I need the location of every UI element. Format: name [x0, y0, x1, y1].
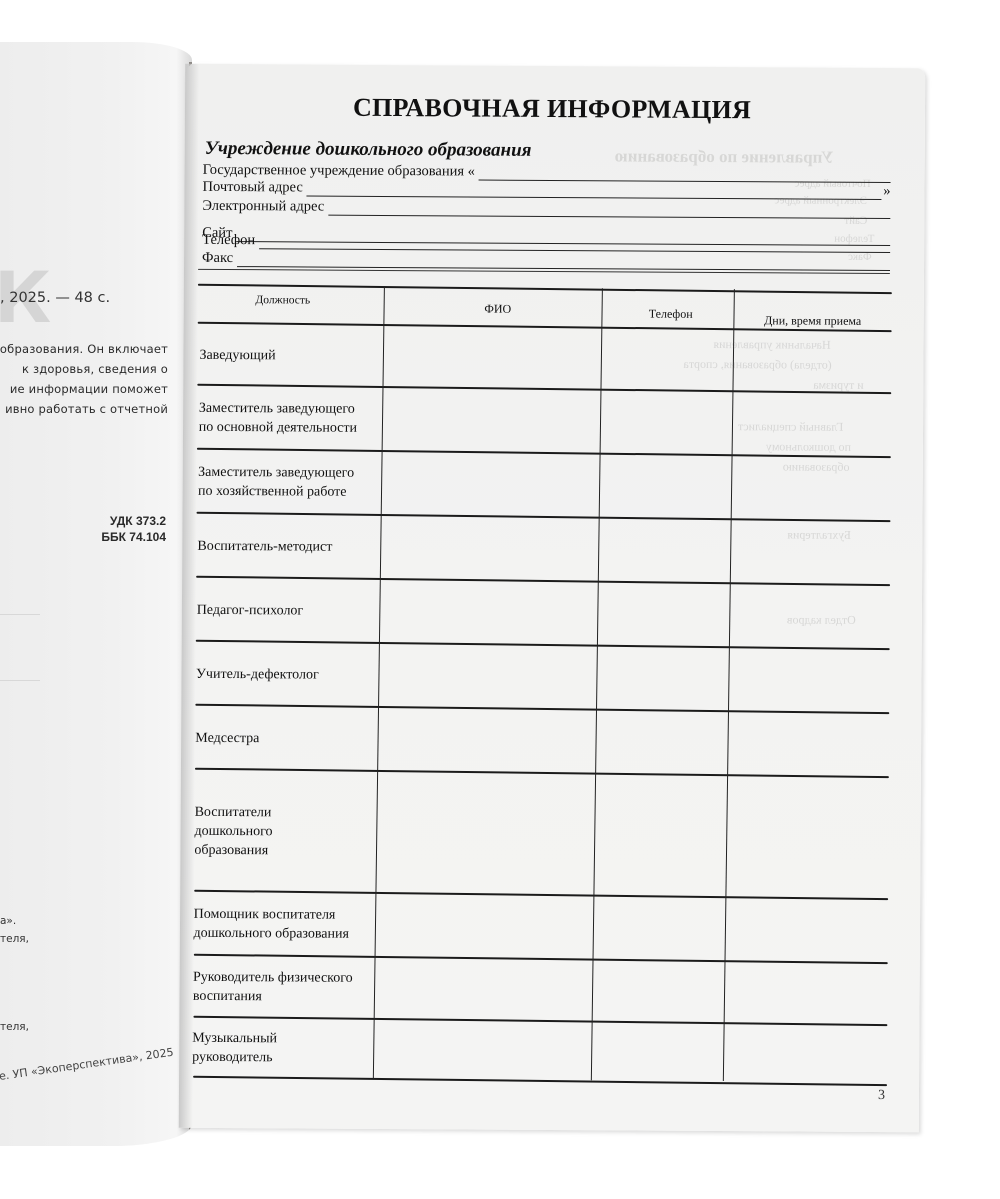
bbk-code: ББК 74.104 [101, 530, 166, 544]
table-row: Заместитель заведующегопо хозяйственной … [197, 450, 891, 518]
annotation-line: образования. Он включает [0, 342, 168, 356]
phone-cell[interactable] [600, 896, 728, 957]
position-label-line: Заместитель заведующего [199, 399, 379, 419]
table-row: Педагог-психолог [196, 578, 890, 646]
table-row: Медсестра [195, 706, 889, 774]
institution-name-label: Государственное учреждение образования « [203, 162, 475, 181]
table-body: ЗаведующийЗаместитель заведующегопо осно… [198, 286, 892, 290]
reception-cell[interactable] [731, 1023, 885, 1080]
phone-cell[interactable] [603, 328, 731, 387]
column-header-phone: Телефон [616, 306, 726, 322]
email-label: Электронный адрес [202, 198, 324, 216]
annotation-line: к здоровья, сведения о [22, 362, 168, 376]
fio-cell[interactable] [385, 389, 599, 450]
position-label-line: руководитель [192, 1048, 372, 1068]
imprint-line: теля, [0, 1021, 29, 1033]
position-label-line: Заместитель заведующего [198, 463, 378, 483]
position-label-line: воспитания [193, 987, 373, 1007]
closing-quote: » [883, 183, 890, 200]
reception-cell[interactable] [735, 329, 889, 388]
fax-label: Факс [202, 250, 233, 267]
position-cell: Медсестра [195, 728, 375, 748]
postal-address-input-line[interactable] [307, 183, 882, 200]
position-label-line: Медсестра [195, 728, 375, 748]
position-label-line: Помощник воспитателя [194, 905, 374, 925]
fio-cell[interactable] [385, 327, 599, 386]
position-cell: Педагог-психолог [197, 600, 377, 620]
ghost-line [0, 680, 40, 681]
table-row: Заведующий [197, 324, 891, 390]
publication-year-pages: , 2025. — 48 с. [0, 290, 110, 306]
position-label-line: Руководитель физического [193, 968, 373, 988]
fio-cell[interactable] [382, 773, 597, 892]
fio-cell[interactable] [383, 709, 597, 770]
position-label-line: Музыкальный [192, 1029, 372, 1049]
reception-cell[interactable] [734, 583, 888, 644]
position-cell: Учитель-дефектолог [196, 664, 376, 684]
table-row: Воспитатель-методист [196, 514, 890, 582]
position-label-line: дошкольного [194, 821, 374, 841]
phone-cell[interactable] [600, 774, 729, 893]
reception-cell[interactable] [732, 775, 887, 894]
position-cell: Заведующий [199, 345, 379, 365]
table-row: Заместитель заведующегопо основной деяте… [197, 386, 891, 454]
workbook-page: Управление по образованию Почтовый адрес… [179, 64, 925, 1133]
phone-cell[interactable] [599, 960, 727, 1019]
copyright-line: е. УП «Экоперспектива», 2025 [0, 1046, 174, 1083]
annotation-line: ивно работать с отчетной [5, 402, 168, 416]
page-title: СПРАВОЧНАЯ ИНФОРМАЦИЯ [353, 93, 751, 125]
phone-cell[interactable] [602, 582, 730, 643]
phone-label: Телефон [202, 232, 255, 249]
annotation-line: ие информации поможет [10, 382, 168, 396]
fio-cell[interactable] [381, 959, 595, 1018]
table-row: Музыкальныйруководитель [193, 1018, 887, 1082]
position-cell: Заместитель заведующегопо хозяйственной … [198, 463, 378, 502]
reception-cell[interactable] [734, 519, 888, 580]
page-number: 3 [878, 1088, 885, 1104]
fio-cell[interactable] [384, 581, 598, 642]
position-label-line: по хозяйственной работе [198, 482, 378, 502]
table-top-rule [198, 284, 892, 294]
postal-address-field[interactable]: Почтовый адрес » [202, 179, 890, 200]
position-label-line: Учитель-дефектолог [196, 664, 376, 684]
position-label-line: Заведующий [199, 345, 379, 365]
table-row: Руководитель физическоговоспитания [193, 956, 887, 1022]
reception-cell[interactable] [733, 711, 887, 772]
table-row: Воспитателидошкольногообразования [194, 770, 889, 896]
table-row: Учитель-дефектолог [195, 642, 889, 710]
fax-input-line[interactable] [237, 254, 890, 271]
phone-cell[interactable] [601, 710, 729, 771]
fio-cell[interactable] [383, 645, 597, 706]
phone-cell[interactable] [601, 646, 729, 707]
reception-cell[interactable] [733, 647, 887, 708]
phone-cell[interactable] [602, 518, 730, 579]
left-page: К , 2025. — 48 с. образования. Он включа… [0, 42, 192, 1146]
reception-cell[interactable] [735, 391, 889, 452]
phone-cell[interactable] [603, 390, 731, 451]
phone-cell[interactable] [603, 454, 731, 515]
column-header-fio: ФИО [428, 301, 568, 317]
fio-cell[interactable] [385, 453, 599, 514]
fio-cell[interactable] [384, 517, 598, 578]
fio-cell[interactable] [381, 1021, 595, 1078]
position-cell: Заместитель заведующегопо основной деяте… [199, 399, 379, 438]
position-label-line: Воспитатель-методист [197, 536, 377, 556]
phone-cell[interactable] [599, 1022, 727, 1079]
position-cell: Помощник воспитателядошкольного образова… [193, 905, 373, 944]
imprint-line: теля, [0, 933, 29, 945]
column-header-position: Должность [228, 294, 338, 307]
reception-cell[interactable] [731, 961, 885, 1020]
position-cell: Воспитателидошкольногообразования [194, 802, 374, 860]
section-subtitle: Учреждение дошкольного образования [205, 138, 532, 162]
position-cell: Музыкальныйруководитель [192, 1029, 372, 1068]
ghost-line [0, 614, 40, 615]
postal-address-label: Почтовый адрес [202, 179, 302, 197]
table-row: Помощник воспитателядошкольного образова… [194, 892, 888, 960]
position-label-line: по основной деятельности [199, 418, 379, 438]
fio-cell[interactable] [382, 895, 596, 956]
reception-cell[interactable] [735, 455, 889, 516]
position-label-line: Воспитатели [195, 802, 375, 822]
position-label-line: дошкольного образования [193, 924, 373, 944]
fax-field[interactable]: Факс [202, 250, 890, 271]
position-label-line: Педагог-психолог [197, 600, 377, 620]
reception-cell[interactable] [732, 897, 886, 958]
udk-code: УДК 373.2 [110, 514, 166, 528]
position-label-line: образования [194, 840, 374, 860]
position-cell: Воспитатель-методист [197, 536, 377, 556]
staff-contacts-table: Должность ФИО Телефон Дни, время приема … [198, 286, 892, 290]
imprint-line: а». [0, 915, 16, 927]
position-cell: Руководитель физическоговоспитания [193, 968, 373, 1007]
